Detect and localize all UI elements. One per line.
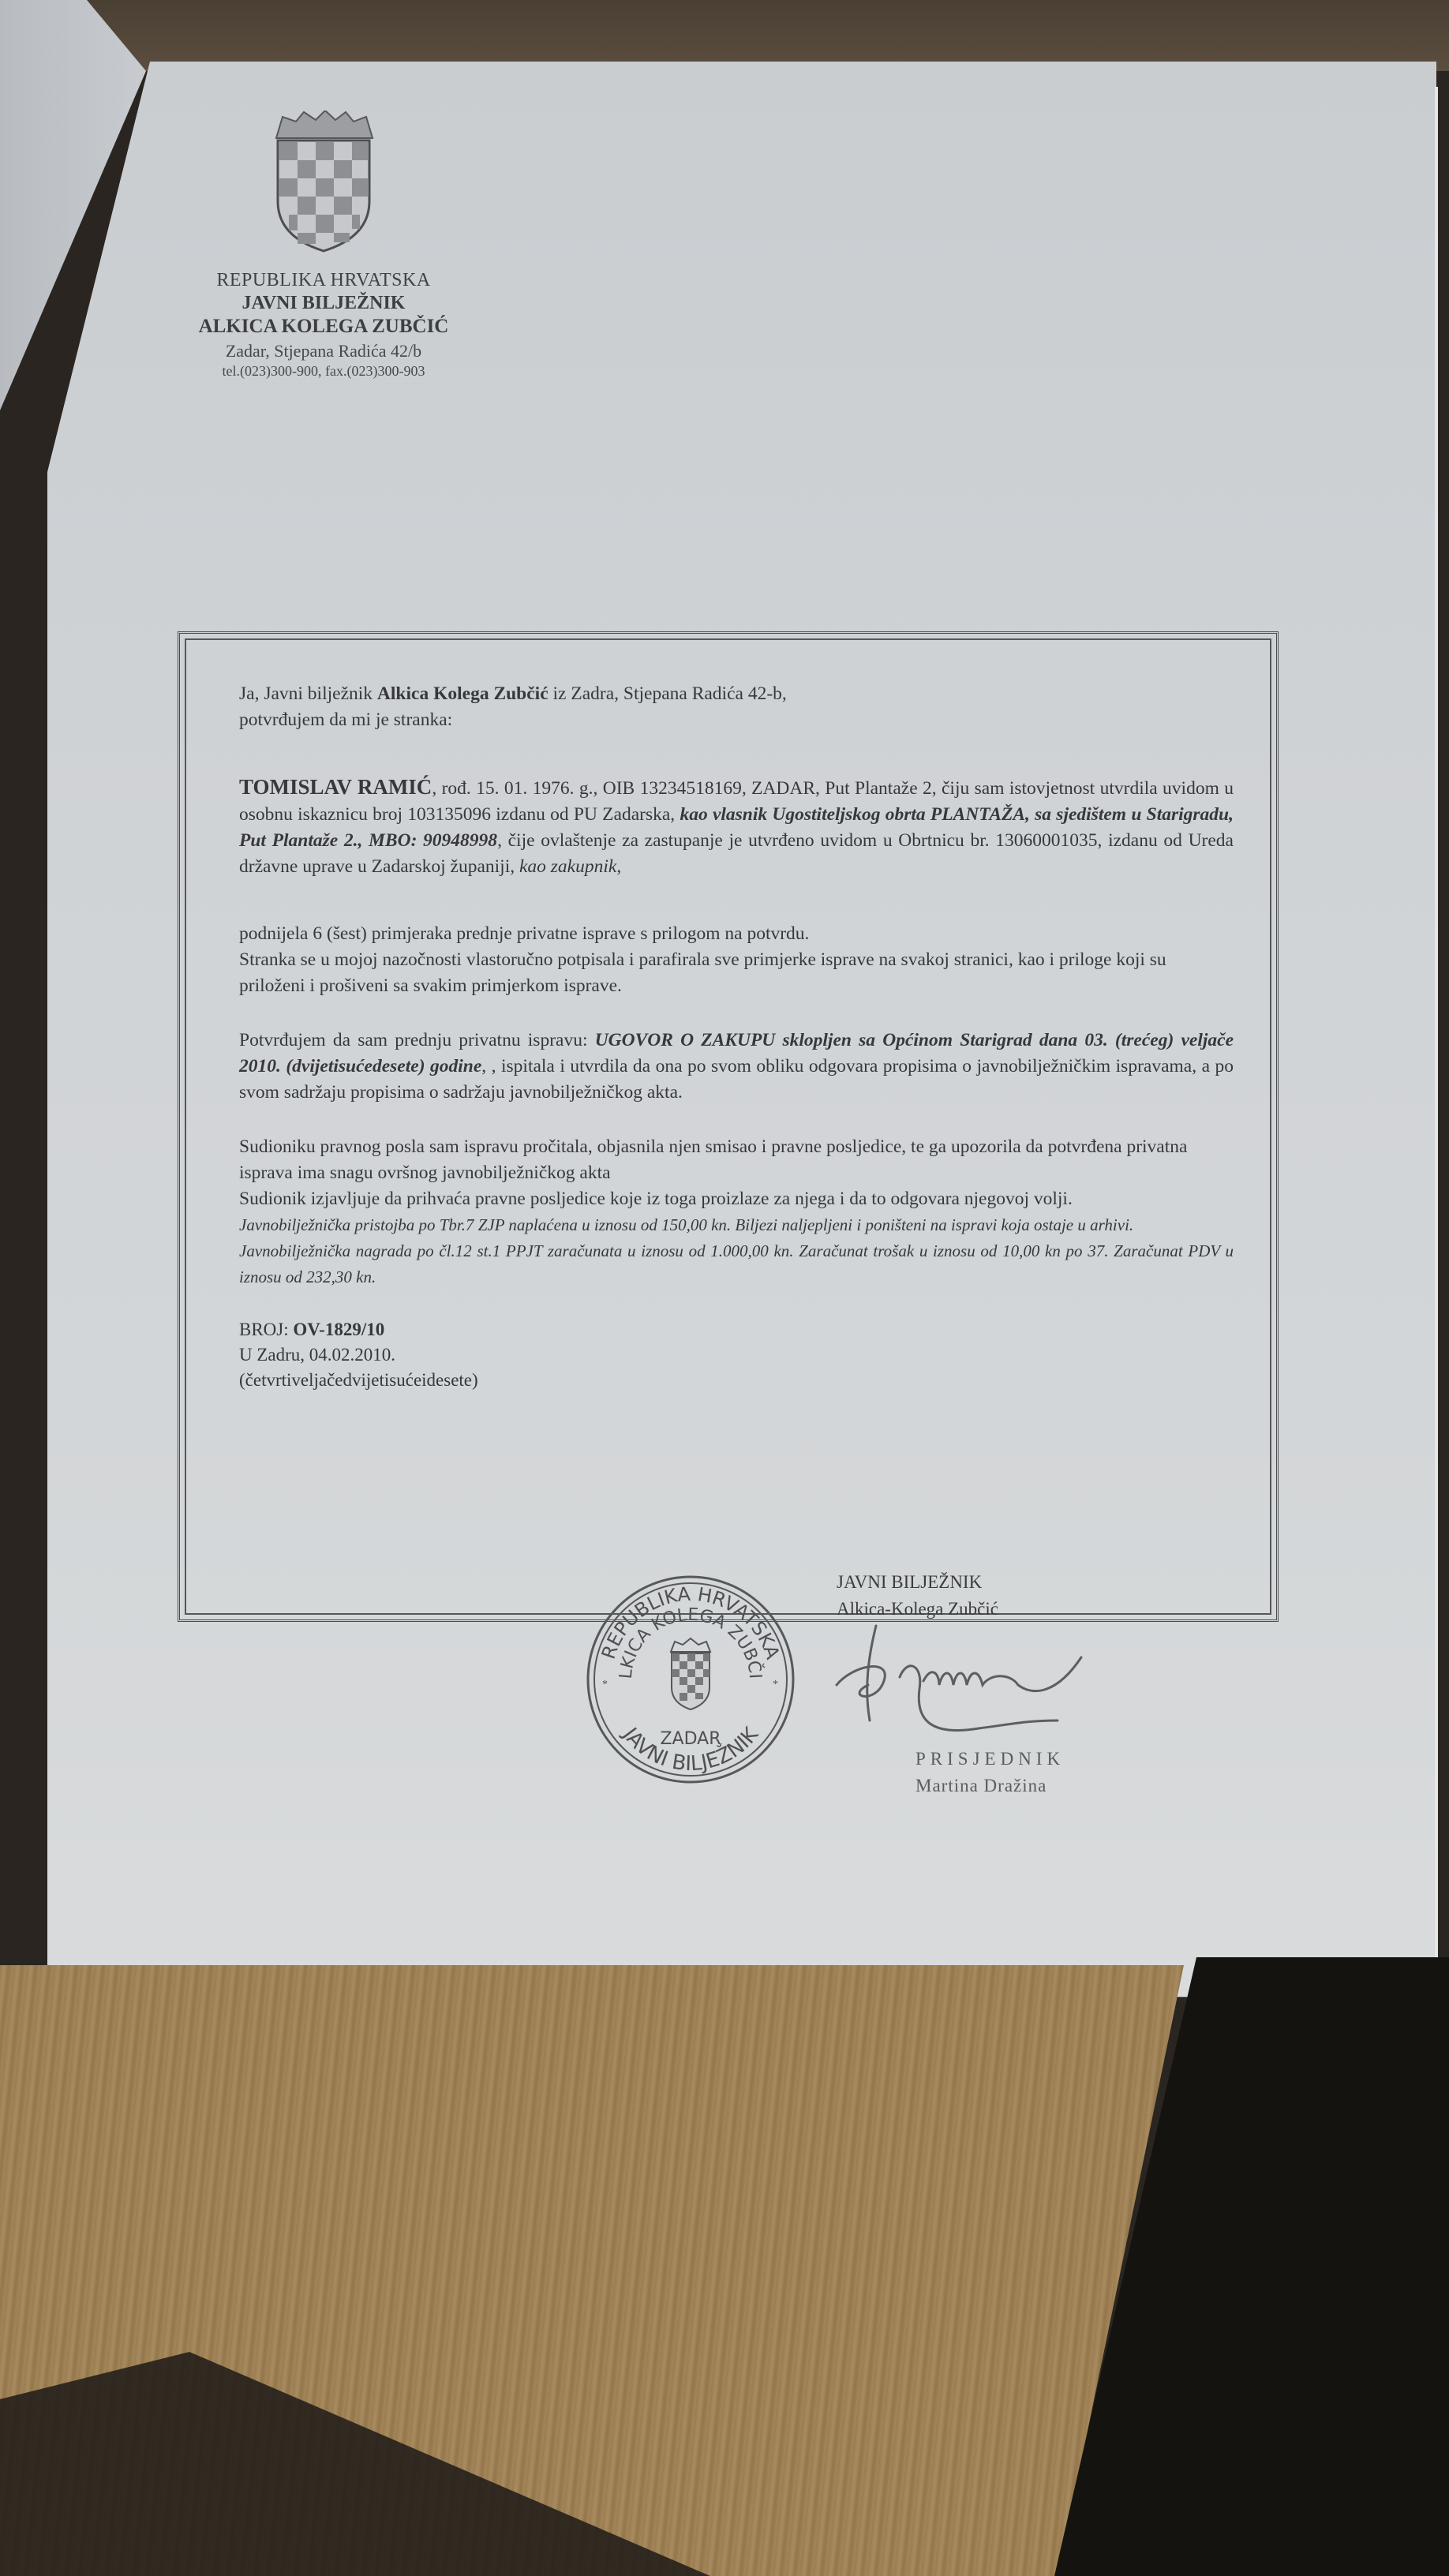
svg-text:*: * bbox=[773, 1679, 778, 1690]
party-paragraph: TOMISLAV RAMIĆ, rođ. 15. 01. 1976. g., O… bbox=[239, 774, 1234, 880]
party-capacity: kao zakupnik bbox=[519, 856, 616, 877]
certification-text: Ja, Javni bilježnik Alkica Kolega Zubčić… bbox=[239, 681, 1234, 1393]
place-date: U Zadru, 04.02.2010. bbox=[239, 1342, 1234, 1368]
confirmation-text: Potvrđujem da sam prednju privatnu ispra… bbox=[239, 1030, 595, 1050]
reference-number: OV-1829/10 bbox=[293, 1320, 384, 1339]
assistant-stamp: PRISJEDNIK Martina Dražina bbox=[915, 1746, 1065, 1799]
certification-box: Ja, Javni bilježnik Alkica Kolega Zubčić… bbox=[178, 631, 1279, 1622]
intro-line2: potvrđujem da mi je stranka: bbox=[239, 710, 452, 730]
advisory-line2: Sudionik izjavljuje da prihvaća pravne p… bbox=[239, 1189, 1073, 1209]
fee-line-1: Javnobilježnička pristojba po Tbr.7 ZJP … bbox=[239, 1212, 1234, 1238]
letterhead-phone-fax: tel.(023)300-900, fax.(023)300-903 bbox=[142, 363, 505, 380]
date-in-words: (četvrtiveljačedvijetisućeidesete) bbox=[239, 1368, 1234, 1393]
letterhead-title: JAVNI BILJEŽNIK bbox=[142, 293, 505, 314]
advisory-paragraph: Sudioniku pravnog posla sam ispravu proč… bbox=[239, 1134, 1234, 1212]
advisory-line1: Sudioniku pravnog posla sam ispravu proč… bbox=[239, 1136, 1187, 1183]
letterhead-country: REPUBLIKA HRVATSKA bbox=[142, 270, 505, 291]
party-end: , bbox=[616, 856, 621, 877]
intro-notary-name: Alkica Kolega Zubčić bbox=[377, 683, 549, 704]
confirmation-paragraph: Potvrđujem da sam prednju privatnu ispra… bbox=[239, 1028, 1234, 1106]
assistant-name: Martina Dražina bbox=[915, 1773, 1065, 1799]
signature-title: JAVNI BILJEŽNIK bbox=[837, 1569, 998, 1596]
croatian-coat-of-arms-icon bbox=[268, 110, 379, 253]
assistant-title: PRISJEDNIK bbox=[915, 1746, 1065, 1773]
submission-paragraph: podnijela 6 (šest) primjeraka prednje pr… bbox=[239, 921, 1234, 999]
stamp-coat-of-arms-icon bbox=[671, 1638, 710, 1709]
intro-text: Ja, Javni bilježnik bbox=[239, 683, 377, 704]
intro-address: iz Zadra, Stjepana Radića 42-b, bbox=[549, 683, 787, 704]
party-name: TOMISLAV RAMIĆ bbox=[239, 775, 432, 799]
reference-label: BROJ: bbox=[239, 1320, 293, 1339]
intro-paragraph: Ja, Javni bilježnik Alkica Kolega Zubčić… bbox=[239, 681, 1234, 733]
svg-text:*: * bbox=[602, 1679, 608, 1690]
page-edge bbox=[1435, 87, 1438, 1997]
fee-line-2: Javnobilježnička nagrada po čl.12 st.1 P… bbox=[239, 1238, 1234, 1290]
letterhead-notary-name: ALKICA KOLEGA ZUBČIĆ bbox=[142, 316, 505, 338]
submission-line2: Stranka se u mojoj nazočnosti vlastoručn… bbox=[239, 949, 1166, 996]
submission-line1: podnijela 6 (šest) primjeraka prednje pr… bbox=[239, 923, 809, 944]
letterhead: REPUBLIKA HRVATSKA JAVNI BILJEŽNIK ALKIC… bbox=[142, 110, 505, 380]
svg-text:ZADAR: ZADAR bbox=[660, 1729, 721, 1749]
handwritten-signature-icon bbox=[821, 1610, 1089, 1744]
notary-stamp: REPUBLIKA HRVATSKA ALKICA KOLEGA ZUBČIĆ … bbox=[580, 1561, 801, 1790]
reference-block: BROJ: OV-1829/10 U Zadru, 04.02.2010. (č… bbox=[239, 1317, 1234, 1393]
desk-surface-top bbox=[0, 0, 1449, 71]
letterhead-address: Zadar, Stjepana Radića 42/b bbox=[142, 341, 505, 361]
